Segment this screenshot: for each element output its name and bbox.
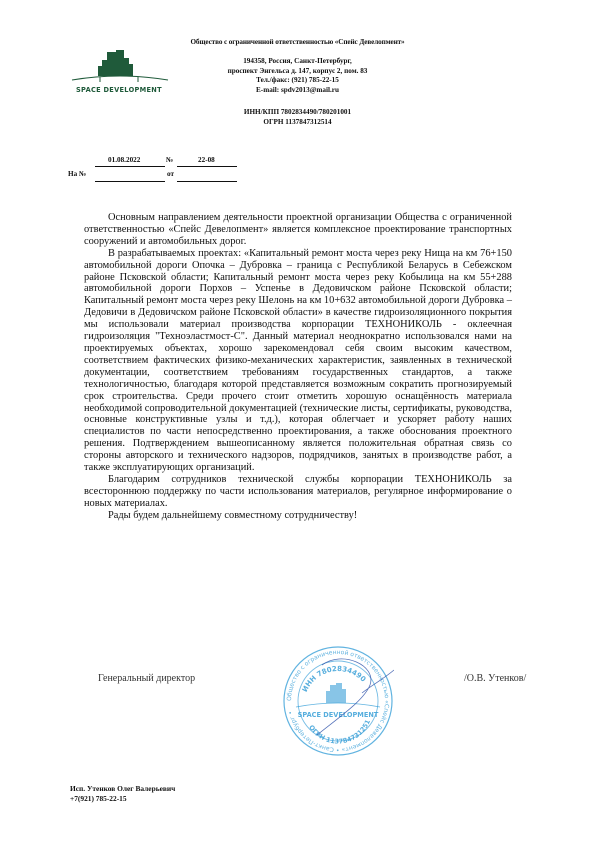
paragraph: Благодарим сотрудников технической служб… (84, 474, 512, 510)
company-ids: ИНН/КПП 7802834490/780201001 ОГРН 113784… (0, 108, 595, 127)
number-underline (177, 166, 237, 167)
ref-label: На № (68, 170, 86, 178)
address-block: 194358, Россия, Санкт-Петербург, проспек… (0, 57, 595, 95)
outgoing-number: 22-08 (198, 156, 215, 164)
executor-phone: +7(921) 785-22-15 (70, 794, 175, 804)
from-underline (177, 181, 237, 182)
number-label: № (166, 156, 173, 164)
organization-name: Общество с ограниченной ответственностью… (0, 38, 595, 46)
ref-underline (95, 181, 165, 182)
date-underline (95, 166, 165, 167)
executor-name: Исп. Утенков Олег Валерьевич (70, 784, 175, 794)
signatory-title: Генеральный директор (98, 673, 195, 684)
paragraph: Основным направлением деятельности проек… (84, 212, 512, 248)
inn-kpp: ИНН/КПП 7802834490/780201001 (0, 108, 595, 118)
address-line-1: 194358, Россия, Санкт-Петербург, (0, 57, 595, 67)
from-label: от (167, 170, 174, 178)
executor-block: Исп. Утенков Олег Валерьевич +7(921) 785… (70, 784, 175, 805)
signatory-name: /О.В. Утенков/ (464, 673, 526, 684)
letter-body: Основным направлением деятельности проек… (84, 212, 512, 522)
phone-fax: Тел./факс: (921) 785-22-15 (0, 76, 595, 86)
ogrn: ОГРН 1137847312514 (0, 118, 595, 128)
email: E-mail: spdv2013@mail.ru (0, 86, 595, 96)
company-stamp: Общество с ограниченной ответственностью… (282, 645, 394, 757)
paragraph: В разрабатываемых проектах: «Капитальный… (84, 248, 512, 474)
address-line-2: проспект Энгельса д. 147, корпус 2, пом.… (0, 67, 595, 77)
stamp-seal-icon: Общество с ограниченной ответственностью… (282, 645, 394, 757)
outgoing-date: 01.08.2022 (108, 156, 140, 164)
paragraph: Рады будем дальнейшему совместному сотру… (84, 510, 512, 522)
